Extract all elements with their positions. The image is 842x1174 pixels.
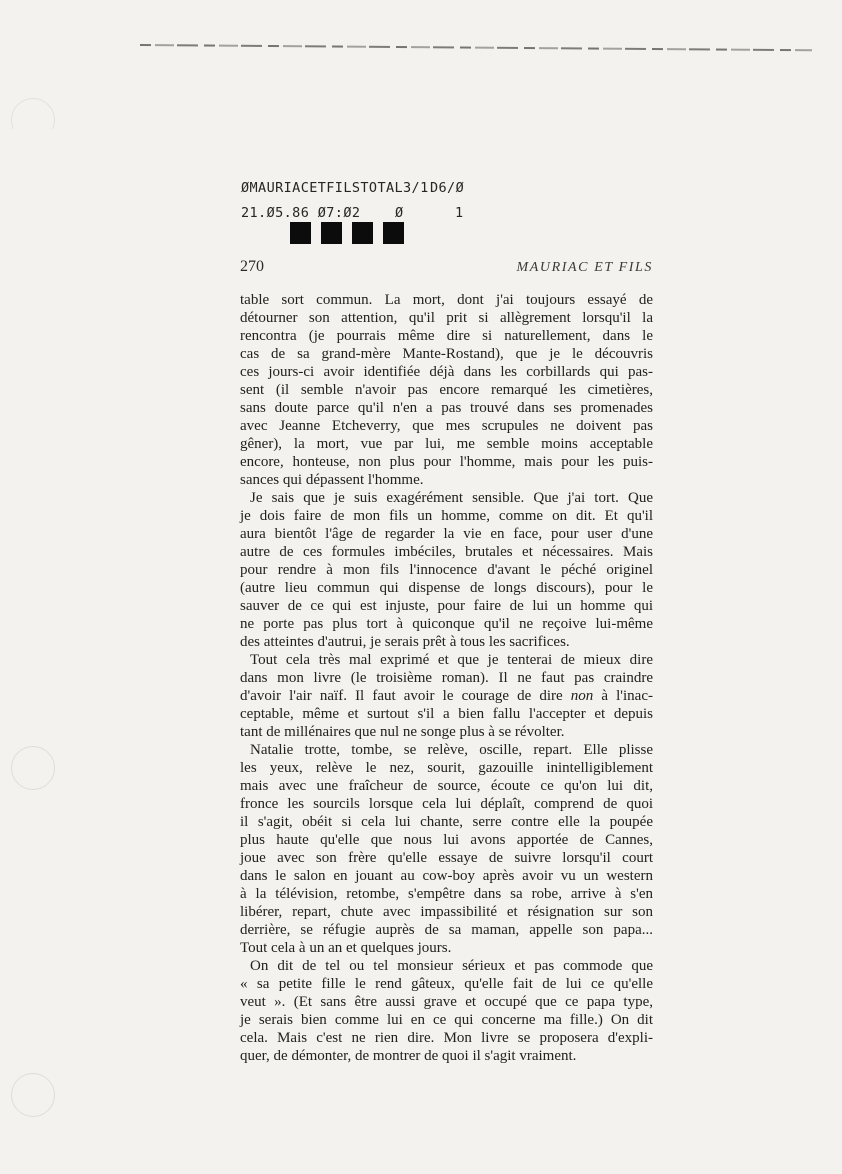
text-line: sent (il semble n'avoir pas encore remar… (240, 381, 653, 399)
registration-mark (290, 222, 311, 244)
registration-mark (321, 222, 342, 244)
text-line: encore, honteuse, non plus pour l'homme,… (240, 453, 653, 471)
text-line: les yeux, relève le nez, sourit, gazouil… (240, 759, 653, 777)
text-line: je dois faire de mon fils un homme, comm… (240, 507, 653, 525)
paragraph: Natalie trotte, tombe, se relève, oscill… (240, 741, 653, 957)
text-line: ceptable, même et surtout s'il a bien fa… (240, 705, 653, 723)
text-line: à la télévision, retombe, s'empêtre dans… (240, 885, 653, 903)
text-line: fronce les sourcils lorsque cela lui dép… (240, 795, 653, 813)
text-line: derrière, se réfugie auprès de sa maman,… (240, 921, 653, 939)
punch-hole-impression (11, 98, 55, 142)
scan-code: D6/Ø (430, 180, 464, 196)
text-line: détourner son attention, qu'il prit si a… (240, 309, 653, 327)
page-number: 270 (240, 258, 264, 276)
running-head: 270 MAURIAC ET FILS (240, 258, 653, 276)
text-line: ne porte pas plus tort à quiconque qu'il… (240, 615, 653, 633)
text-line: mais avec une fraîcheur de source, écout… (240, 777, 653, 795)
paragraph: table sort commun. La mort, dont j'ai to… (240, 291, 653, 489)
text-line: autre de ces formules imbéciles, brutale… (240, 543, 653, 561)
registration-marks (290, 222, 404, 244)
text-line: cela. Mais c'est ne rien dire. Mon livre… (240, 1029, 653, 1047)
text-line: veut ». (Et sans être aussi grave et occ… (240, 993, 653, 1011)
text-line: cas de sa grand-mère Mante-Rostand), que… (240, 345, 653, 363)
text-line: dans mon livre (le troisième roman). Il … (240, 669, 653, 687)
text-line: Je sais que je suis exagérément sensible… (240, 489, 653, 507)
scan-counter-one: 1 (455, 205, 464, 221)
text-line: sauver de ce qui est injuste, pour faire… (240, 597, 653, 615)
scan-counter-zero: Ø (395, 205, 404, 221)
text-line: sans doute parce qu'il n'en a pas trouvé… (240, 399, 653, 417)
text-line: libérer, repart, chute avec impassibilit… (240, 903, 653, 921)
fold-crease-line (140, 44, 812, 51)
text-line: dans le salon en jouant au cow-boy après… (240, 867, 653, 885)
text-line: des atteintes d'autrui, je serais prêt à… (240, 633, 653, 651)
punch-hole-impression (11, 1073, 55, 1117)
text-line: il s'agit, obéit si cela lui chante, ser… (240, 813, 653, 831)
text-line: aura bientôt l'âge de regarder la vie en… (240, 525, 653, 543)
text-line: Natalie trotte, tombe, se relève, oscill… (240, 741, 653, 759)
text-line: tant de millénaires que nul ne songe plu… (240, 723, 653, 741)
text-line: quer, de démonter, de montrer de quoi il… (240, 1047, 653, 1065)
text-line: ces jours-ci avoir identifiée déjà dans … (240, 363, 653, 381)
text-line: joue avec son frère qu'elle essaye de su… (240, 849, 653, 867)
text-line: On dit de tel ou tel monsieur sérieux et… (240, 957, 653, 975)
scan-file-id: ØMAURIACETFILSTOTAL3/1 (241, 180, 429, 196)
paragraph: On dit de tel ou tel monsieur sérieux et… (240, 957, 653, 1065)
paragraph: Je sais que je suis exagérément sensible… (240, 489, 653, 651)
text-line: Tout cela très mal exprimé et que je ten… (240, 651, 653, 669)
text-line: (autre lieu commun qui dispense de longs… (240, 579, 653, 597)
punch-hole-impression (11, 746, 55, 790)
book-title-running-head: MAURIAC ET FILS (516, 260, 653, 276)
text-line: rencontra (je pourrais même dire si natu… (240, 327, 653, 345)
scan-datetime: 21.Ø5.86 Ø7:Ø2 (241, 205, 360, 221)
paragraph: Tout cela très mal exprimé et que je ten… (240, 651, 653, 741)
text-line: d'avoir l'air naïf. Il faut avoir le cou… (240, 687, 653, 705)
text-line: sances qui dépassent l'homme. (240, 471, 653, 489)
text-line: plus haute qu'elle que nous lui avons ap… (240, 831, 653, 849)
scanned-book-page: ØMAURIACETFILSTOTAL3/1 D6/Ø 21.Ø5.86 Ø7:… (0, 0, 842, 1174)
text-line: gêner), la mort, vue par lui, me semble … (240, 435, 653, 453)
text-line: je serais bien comme lui en ce qui conce… (240, 1011, 653, 1029)
text-line: avec Jeanne Etcheverry, que mes scrupule… (240, 417, 653, 435)
text-line: pour rendre à mon fils l'innocence d'ava… (240, 561, 653, 579)
registration-mark (352, 222, 373, 244)
text-line: table sort commun. La mort, dont j'ai to… (240, 291, 653, 309)
page-text: table sort commun. La mort, dont j'ai to… (240, 291, 653, 1065)
registration-mark (383, 222, 404, 244)
text-line: Tout cela à un an et quelques jours. (240, 939, 653, 957)
text-line: « sa petite fille le rend gâteux, qu'ell… (240, 975, 653, 993)
